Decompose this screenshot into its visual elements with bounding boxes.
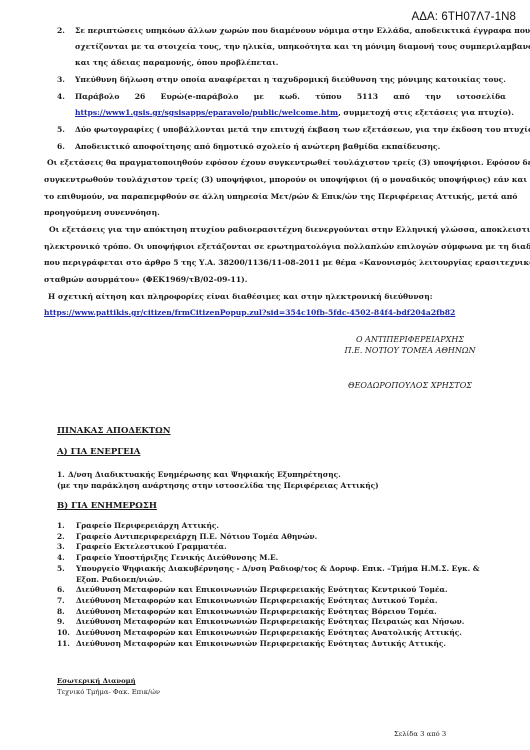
requirement-item-5: 5.Δύο φωτογραφίες ( υποβάλλονται μετά τη… xyxy=(57,125,530,134)
eparavolo-link[interactable]: https://www1.gsis.gr/sgsisapps/eparavolo… xyxy=(75,108,338,117)
item-text: Διεύθυνση Μεταφορών και Επικοινωνιών Περ… xyxy=(76,585,448,594)
requirement-item-4-line2: https://www1.gsis.gr/sgsisapps/eparavolo… xyxy=(75,108,514,117)
item-number: 10. xyxy=(57,628,76,637)
action-item-1: 1.Δ/νση Διαδικτυακής Ενημέρωσης και Ψηφι… xyxy=(57,470,341,479)
item-number: 2. xyxy=(57,532,76,541)
item-number: 2. xyxy=(57,26,75,35)
item-number: 3. xyxy=(57,75,75,84)
recipients-title: ΠΙΝΑΚΑΣ ΑΠΟΔΕΚΤΩΝ xyxy=(57,426,170,436)
internal-distribution-title: Εσωτερική Διανομή xyxy=(57,677,136,685)
item-number: 6. xyxy=(57,142,75,151)
recipients-info-title: Β) ΓΙΑ ΕΝΗΜΕΡΩΣΗ xyxy=(57,501,157,511)
item-number: 5. xyxy=(57,125,75,134)
item-text: Διεύθυνση Μεταφορών και Επικοινωνιών Περ… xyxy=(76,628,462,637)
item-text: Γραφείο Περιφερειάρχη Αττικής. xyxy=(76,521,219,530)
para2-line3: που περιγράφεται στο άρθρο 5 της Υ.Α. 38… xyxy=(44,258,506,267)
action-item-note: (με την παράκληση ανάρτησης στην ιστοσελ… xyxy=(57,481,379,490)
para3-text: Η σχετική αίτηση και πληροφορίες είναι δ… xyxy=(48,292,433,301)
signature-title: Ο ΑΝΤΙΠΕΡΙΦΕΡΕΙΑΡΧΗΣ Π.Ε. ΝΟΤΙΟΥ ΤΟΜΕΑ Α… xyxy=(300,334,520,356)
item-number: 5. xyxy=(57,564,76,573)
recipients-action-title: Α) ΓΙΑ ΕΝΕΡΓΕΙΑ xyxy=(57,447,140,457)
item-text: Διεύθυνση Μεταφορών και Επικοινωνιών Περ… xyxy=(76,617,464,626)
page-number: Σελίδα 3 από 3 xyxy=(394,730,446,738)
para2-line1: Οι εξετάσεις για την απόκτηση πτυχίου ρα… xyxy=(49,225,506,234)
para1-line4: προηγούμενη συνεννόηση. xyxy=(44,208,160,217)
info-recipient-item: 5.Υπουργείο Ψηφιακής Διακυβέρνησης - Δ/ν… xyxy=(57,564,479,573)
info-recipient-item: 2.Γραφείο Αντιπεριφερειάρχη Π.Ε. Νότιου … xyxy=(57,532,317,541)
item-number: 9. xyxy=(57,617,76,626)
para1-line1: Οι εξετάσεις θα πραγματοποιηθούν εφόσον … xyxy=(47,158,506,167)
info-recipient-item: 6.Διεύθυνση Μεταφορών και Επικοινωνιών Π… xyxy=(57,585,448,594)
signature-name: ΘΕΟΔΩΡΟΠΟΥΛΟΣ ΧΡΗΣΤΟΣ xyxy=(300,380,520,391)
para3-link-line: https://www.pattikis.gr/citizen/frmCitiz… xyxy=(44,308,455,317)
info-recipient-item: 1.Γραφείο Περιφερειάρχη Αττικής. xyxy=(57,521,219,530)
item-text: Γραφείο Αντιπεριφερειάρχη Π.Ε. Νότιου Το… xyxy=(76,532,317,541)
info-recipient-item: 7.Διεύθυνση Μεταφορών και Επικοινωνιών Π… xyxy=(57,596,438,605)
requirement-item-2: 2.Σε περιπτώσεις υπηκόων άλλων χωρών που… xyxy=(57,26,506,35)
item-number: 1. xyxy=(57,521,76,530)
item-text: Διεύθυνση Μεταφορών και Επικοινωνιών Περ… xyxy=(76,607,437,616)
item-number: 8. xyxy=(57,607,76,616)
para2-line2: ηλεκτρονικό τρόπο. Οι υποψήφιοι εξετάζον… xyxy=(44,242,506,251)
item-number: 7. xyxy=(57,596,76,605)
info-recipient-item: 8.Διεύθυνση Μεταφορών και Επικοινωνιών Π… xyxy=(57,607,437,616)
internal-distribution-item: Τεχνικό Τμήμα- Φακ. Επικ/ών xyxy=(57,688,160,696)
info-recipient-item: 4.Γραφείο Υποστήριξης Γενικής Διεύθυνσης… xyxy=(57,553,278,562)
para1-line2: συγκεντρωθούν τουλάχιστον τρείς (3) υποψ… xyxy=(44,175,506,184)
ada-code: ΑΔΑ: 6ΤΗ07Λ7-1Ν8 xyxy=(411,11,516,23)
requirement-item-6: 6.Αποδεικτικό αποφοίτησης από δημοτικό σ… xyxy=(57,142,440,151)
requirement-item-2-line3: και της άδειας παραμονής, όπου προβλέπετ… xyxy=(75,58,278,67)
para2-line4: σταθμών ασυρμάτου» (ΦΕΚ1969/τΒ/02-09-11)… xyxy=(44,275,247,284)
item-number: 3. xyxy=(57,542,76,551)
para1-line3: το επιθυμούν, να παραπεμφθούν σε άλλη υπ… xyxy=(44,192,506,201)
requirement-item-3: 3.Υπεύθυνη δήλωση στην οποία αναφέρεται … xyxy=(57,75,506,84)
info-recipient-item: 3.Γραφείο Εκτελεστικού Γραμματέα. xyxy=(57,542,227,551)
info-recipient-item: 10.Διεύθυνση Μεταφορών και Επικοινωνιών … xyxy=(57,628,462,637)
item-number: 4. xyxy=(57,553,76,562)
item-text: Γραφείο Υποστήριξης Γενικής Διεύθυνσης Μ… xyxy=(76,553,278,562)
item-number: 1. xyxy=(57,470,68,479)
item-number: 4. xyxy=(57,92,75,101)
item-text: Υπουργείο Ψηφιακής Διακυβέρνησης - Δ/νση… xyxy=(76,564,479,573)
item-number: 6. xyxy=(57,585,76,594)
signature-title-line1: Ο ΑΝΤΙΠΕΡΙΦΕΡΕΙΑΡΧΗΣ xyxy=(300,334,520,345)
requirement-item-2-line2: σχετίζονται με τα στοιχεία τους, την ηλι… xyxy=(75,42,506,51)
item-text: Γραφείο Εκτελεστικού Γραμματέα. xyxy=(76,542,227,551)
info-recipient-item: 11.Διεύθυνση Μεταφορών και Επικοινωνιών … xyxy=(57,639,446,648)
info-recipient-item-cont: Εξοπ. Ραδιοεπ/νιών. xyxy=(76,575,162,584)
item-number: 11. xyxy=(57,639,76,648)
pattikis-link[interactable]: https://www.pattikis.gr/citizen/frmCitiz… xyxy=(44,308,455,317)
item-text: Διεύθυνση Μεταφορών και Επικοινωνιών Περ… xyxy=(76,639,446,648)
item-text: Διεύθυνση Μεταφορών και Επικοινωνιών Περ… xyxy=(76,596,438,605)
signature-title-line2: Π.Ε. ΝΟΤΙΟΥ ΤΟΜΕΑ ΑΘΗΝΩΝ xyxy=(300,345,520,356)
requirement-item-4: 4.Παράβολο 26 Ευρώ(e-παράβολο με κωδ. τύ… xyxy=(57,92,506,101)
info-recipient-item: 9.Διεύθυνση Μεταφορών και Επικοινωνιών Π… xyxy=(57,617,464,626)
